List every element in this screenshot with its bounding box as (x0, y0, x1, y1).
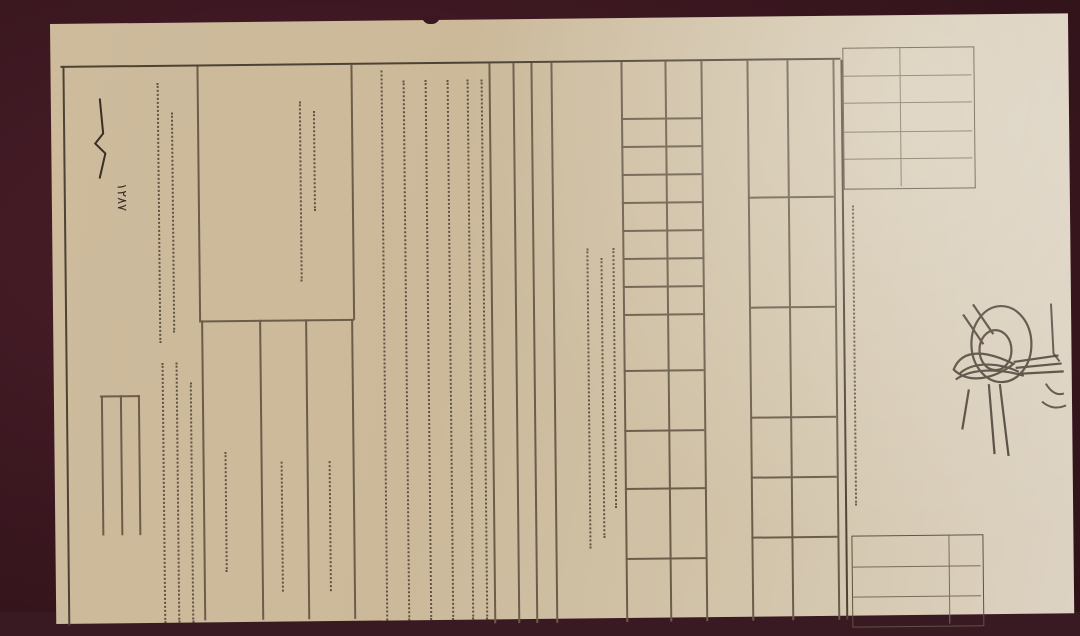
stamp-entry-1 (299, 101, 303, 281)
sig-col-4 (351, 319, 356, 612)
signature-name-3 (329, 461, 332, 591)
signature-name-1 (224, 452, 227, 572)
left-small-col (138, 395, 141, 535)
entry-row (748, 196, 834, 198)
left-small-table-top (100, 395, 140, 397)
central-table-right (700, 61, 707, 612)
sig-col-2 (259, 320, 264, 612)
tughra-icon (933, 283, 1080, 465)
entry-col-left (746, 61, 753, 612)
signature-name-2 (281, 462, 284, 592)
central-row (624, 429, 704, 431)
text-block-right (488, 63, 495, 612)
central-row (626, 557, 706, 559)
outer-border-top (60, 58, 840, 68)
sig-col-3 (305, 319, 310, 612)
central-row (622, 173, 702, 175)
paper-tear (422, 16, 440, 24)
main-table-right-border (840, 60, 847, 612)
narrow-col-3 (550, 63, 557, 612)
stamp-box-right (350, 65, 354, 320)
main-text-line-6 (481, 79, 489, 612)
sig-col-1 (201, 320, 206, 612)
entry-col-right (832, 60, 839, 612)
entry-row (749, 306, 835, 308)
entry-row (751, 536, 837, 538)
document-paper: ١٢٨٧ (50, 13, 1074, 612)
left-note-line-2 (171, 113, 175, 333)
central-note-line (586, 248, 591, 548)
narrow-col-2 (530, 63, 537, 612)
central-table-left (620, 62, 627, 612)
narrow-col-1 (512, 63, 519, 612)
entry-row (750, 416, 836, 418)
left-column-divider (196, 66, 200, 321)
outer-border-left (62, 66, 69, 612)
left-note-line-5 (190, 383, 195, 612)
central-row (622, 257, 702, 259)
bottom-right-table (851, 534, 984, 612)
stamp-entry-2 (313, 111, 316, 211)
main-text-line-1 (381, 71, 389, 612)
central-row (623, 285, 703, 287)
flourish-mark (85, 93, 116, 183)
left-small-col (101, 395, 104, 535)
main-text-line-2 (403, 80, 411, 612)
left-small-col (120, 395, 123, 535)
central-note-line (612, 248, 617, 508)
entry-row (751, 476, 837, 478)
central-row (622, 201, 702, 203)
background-surface: ١٢٨٧ (0, 0, 1080, 612)
main-text-line-5 (467, 80, 475, 612)
left-note-line-3 (162, 363, 167, 612)
left-note-line-4 (176, 363, 181, 612)
entry-col-mid (786, 60, 793, 612)
header-line (852, 206, 857, 506)
main-text-line-4 (447, 80, 455, 612)
central-row (624, 369, 704, 371)
central-row (623, 313, 703, 315)
central-row (625, 487, 705, 489)
left-note-line-1 (157, 83, 162, 343)
central-table-mid (664, 62, 671, 612)
central-row (621, 117, 701, 119)
main-text-line-3 (425, 80, 433, 612)
stamp-box-bottom (199, 319, 354, 322)
central-note-line (600, 258, 605, 538)
date-numeral: ١٢٨٧ (114, 183, 129, 211)
central-row (622, 229, 702, 231)
top-right-table (842, 46, 975, 189)
central-row (621, 145, 701, 147)
